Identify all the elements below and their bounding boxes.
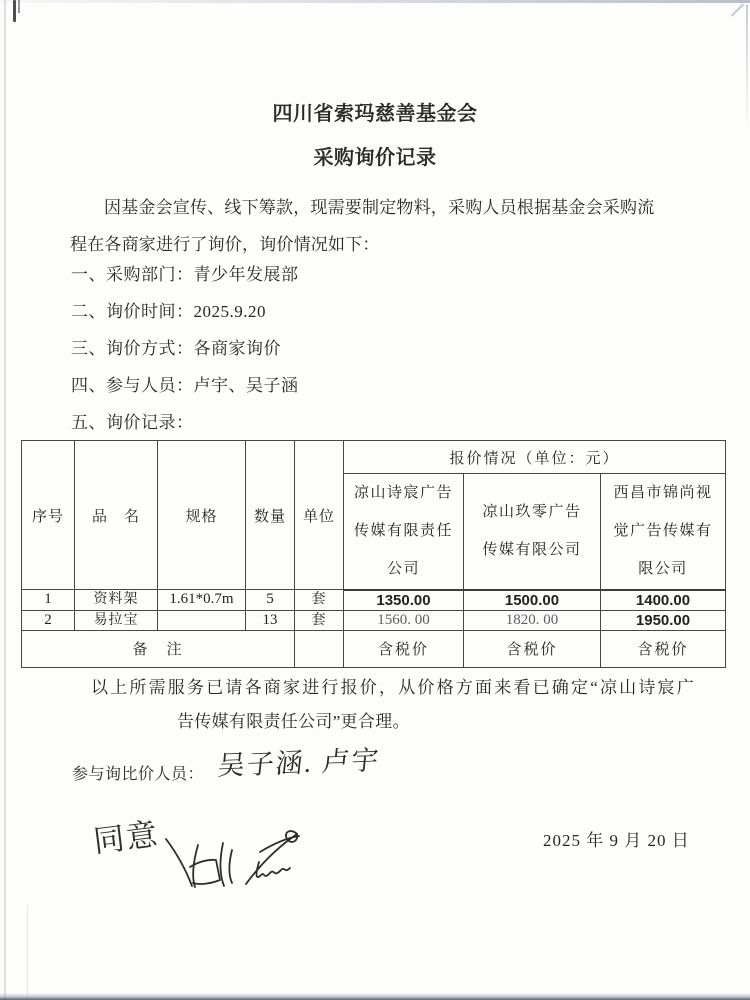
table-row: 1 资料架 1.61*0.7m 5 套 1350.00 1500.00 1400… [22,590,726,611]
list-item-participants: 四、参与人员：卢宇、吴子涵 [71,367,299,404]
signature-1 [166,839,232,887]
row-spec [158,610,246,630]
vendor-3-name: 西昌市锦尚视 觉广告传媒有 限公司 [601,474,726,590]
approval-note-handwriting: 同意 [92,816,162,859]
signature-cluster: 同意 [80,795,340,910]
conclusion-paragraph: 以上所需服务已请各商家进行报价，从价格方面来看已确定“凉山诗宸广 告传媒有限责任… [57,678,696,732]
remark-label: 备 注 [22,630,295,667]
row-quote-vendor-3: 1400.00 [601,590,726,611]
row-quote-vendor-1: 1560. 00 [344,610,464,630]
organization-title: 四川省索玛慈善基金会 [0,97,750,126]
row-product: 易拉宝 [75,610,158,630]
vendor-2-name: 凉山玖零广告 传媒有限公司 [464,474,601,590]
row-quote-vendor-2: 1820. 00 [464,610,601,630]
remark-vendor-1: 含税价 [344,630,464,667]
document-title: 采购询价记录 [0,141,750,170]
row-unit: 套 [295,590,344,611]
col-header-seq: 序号 [22,441,75,590]
intro-line-1: 因基金会宣传、线下筹款，现需要制定物料，采购人员根据基金会采购流 [70,189,654,226]
row-spec: 1.61*0.7m [158,590,246,611]
participants-line: 参与询比价人员：吴子涵. 卢宇 [72,748,381,787]
document-date: 2025 年 9 月 20 日 [543,826,690,851]
row-seq: 1 [22,590,75,611]
col-header-unit: 单位 [295,441,344,590]
scan-top-mark [13,0,16,22]
scanned-document-page: 四川省索玛慈善基金会 采购询价记录 因基金会宣传、线下筹款，现需要制定物料，采购… [0,0,750,1000]
row-qty: 13 [246,610,295,630]
list-item-inquiry-date: 二、询价时间：2025.9.20 [71,293,299,330]
quotation-table: 序号 品 名 规格 数量 单位 报价情况（单位：元） 凉山诗宸广告 传媒有限责任… [21,440,726,668]
col-header-qty: 数量 [246,441,295,590]
scan-bottom-edge [0,993,750,1000]
row-product: 资料架 [75,590,158,611]
remark-row: 备 注 含税价 含税价 含税价 [22,630,726,667]
scan-left-edge-faint [27,905,28,1000]
col-header-name: 品 名 [75,441,158,590]
vendor-1-name: 凉山诗宸广告 传媒有限责任 公司 [344,474,464,590]
participants-signature-handwriting: 吴子涵. 卢宇 [216,738,383,783]
row-qty: 5 [246,590,295,611]
list-item-method: 三、询价方式：各商家询价 [71,330,299,367]
remark-vendor-3: 含税价 [601,630,726,667]
signature-2 [246,831,299,884]
row-quote-vendor-2: 1500.00 [464,590,601,611]
row-quote-vendor-3: 1950.00 [601,610,726,630]
conclusion-line-1: 以上所需服务已请各商家进行报价，从价格方面来看已确定“凉山诗宸广 [57,678,696,698]
intro-paragraph: 因基金会宣传、线下筹款，现需要制定物料，采购人员根据基金会采购流 程在各商家进行… [70,189,654,263]
remark-vendor-2: 含税价 [464,630,601,667]
participants-label: 参与询比价人员： [72,766,204,783]
quote-group-header: 报价情况（单位：元） [344,441,726,474]
scan-top-mark-light [18,0,20,13]
scan-corner-fold [731,3,744,16]
table-row: 2 易拉宝 13 套 1560. 00 1820. 00 1950.00 [22,610,726,630]
remark-unit-cell [295,630,344,667]
row-unit: 套 [295,610,344,630]
info-list: 一、采购部门：青少年发展部 二、询价时间：2025.9.20 三、询价方式：各商… [71,256,299,441]
row-quote-vendor-1: 1350.00 [344,590,464,611]
list-item-record: 五、询价记录： [71,404,299,441]
col-header-spec: 规格 [158,441,246,590]
conclusion-line-2: 告传媒有限责任公司”更合理。 [177,712,696,732]
list-item-department: 一、采购部门：青少年发展部 [71,256,299,293]
row-seq: 2 [22,610,75,630]
scan-top-edge [0,0,750,3]
